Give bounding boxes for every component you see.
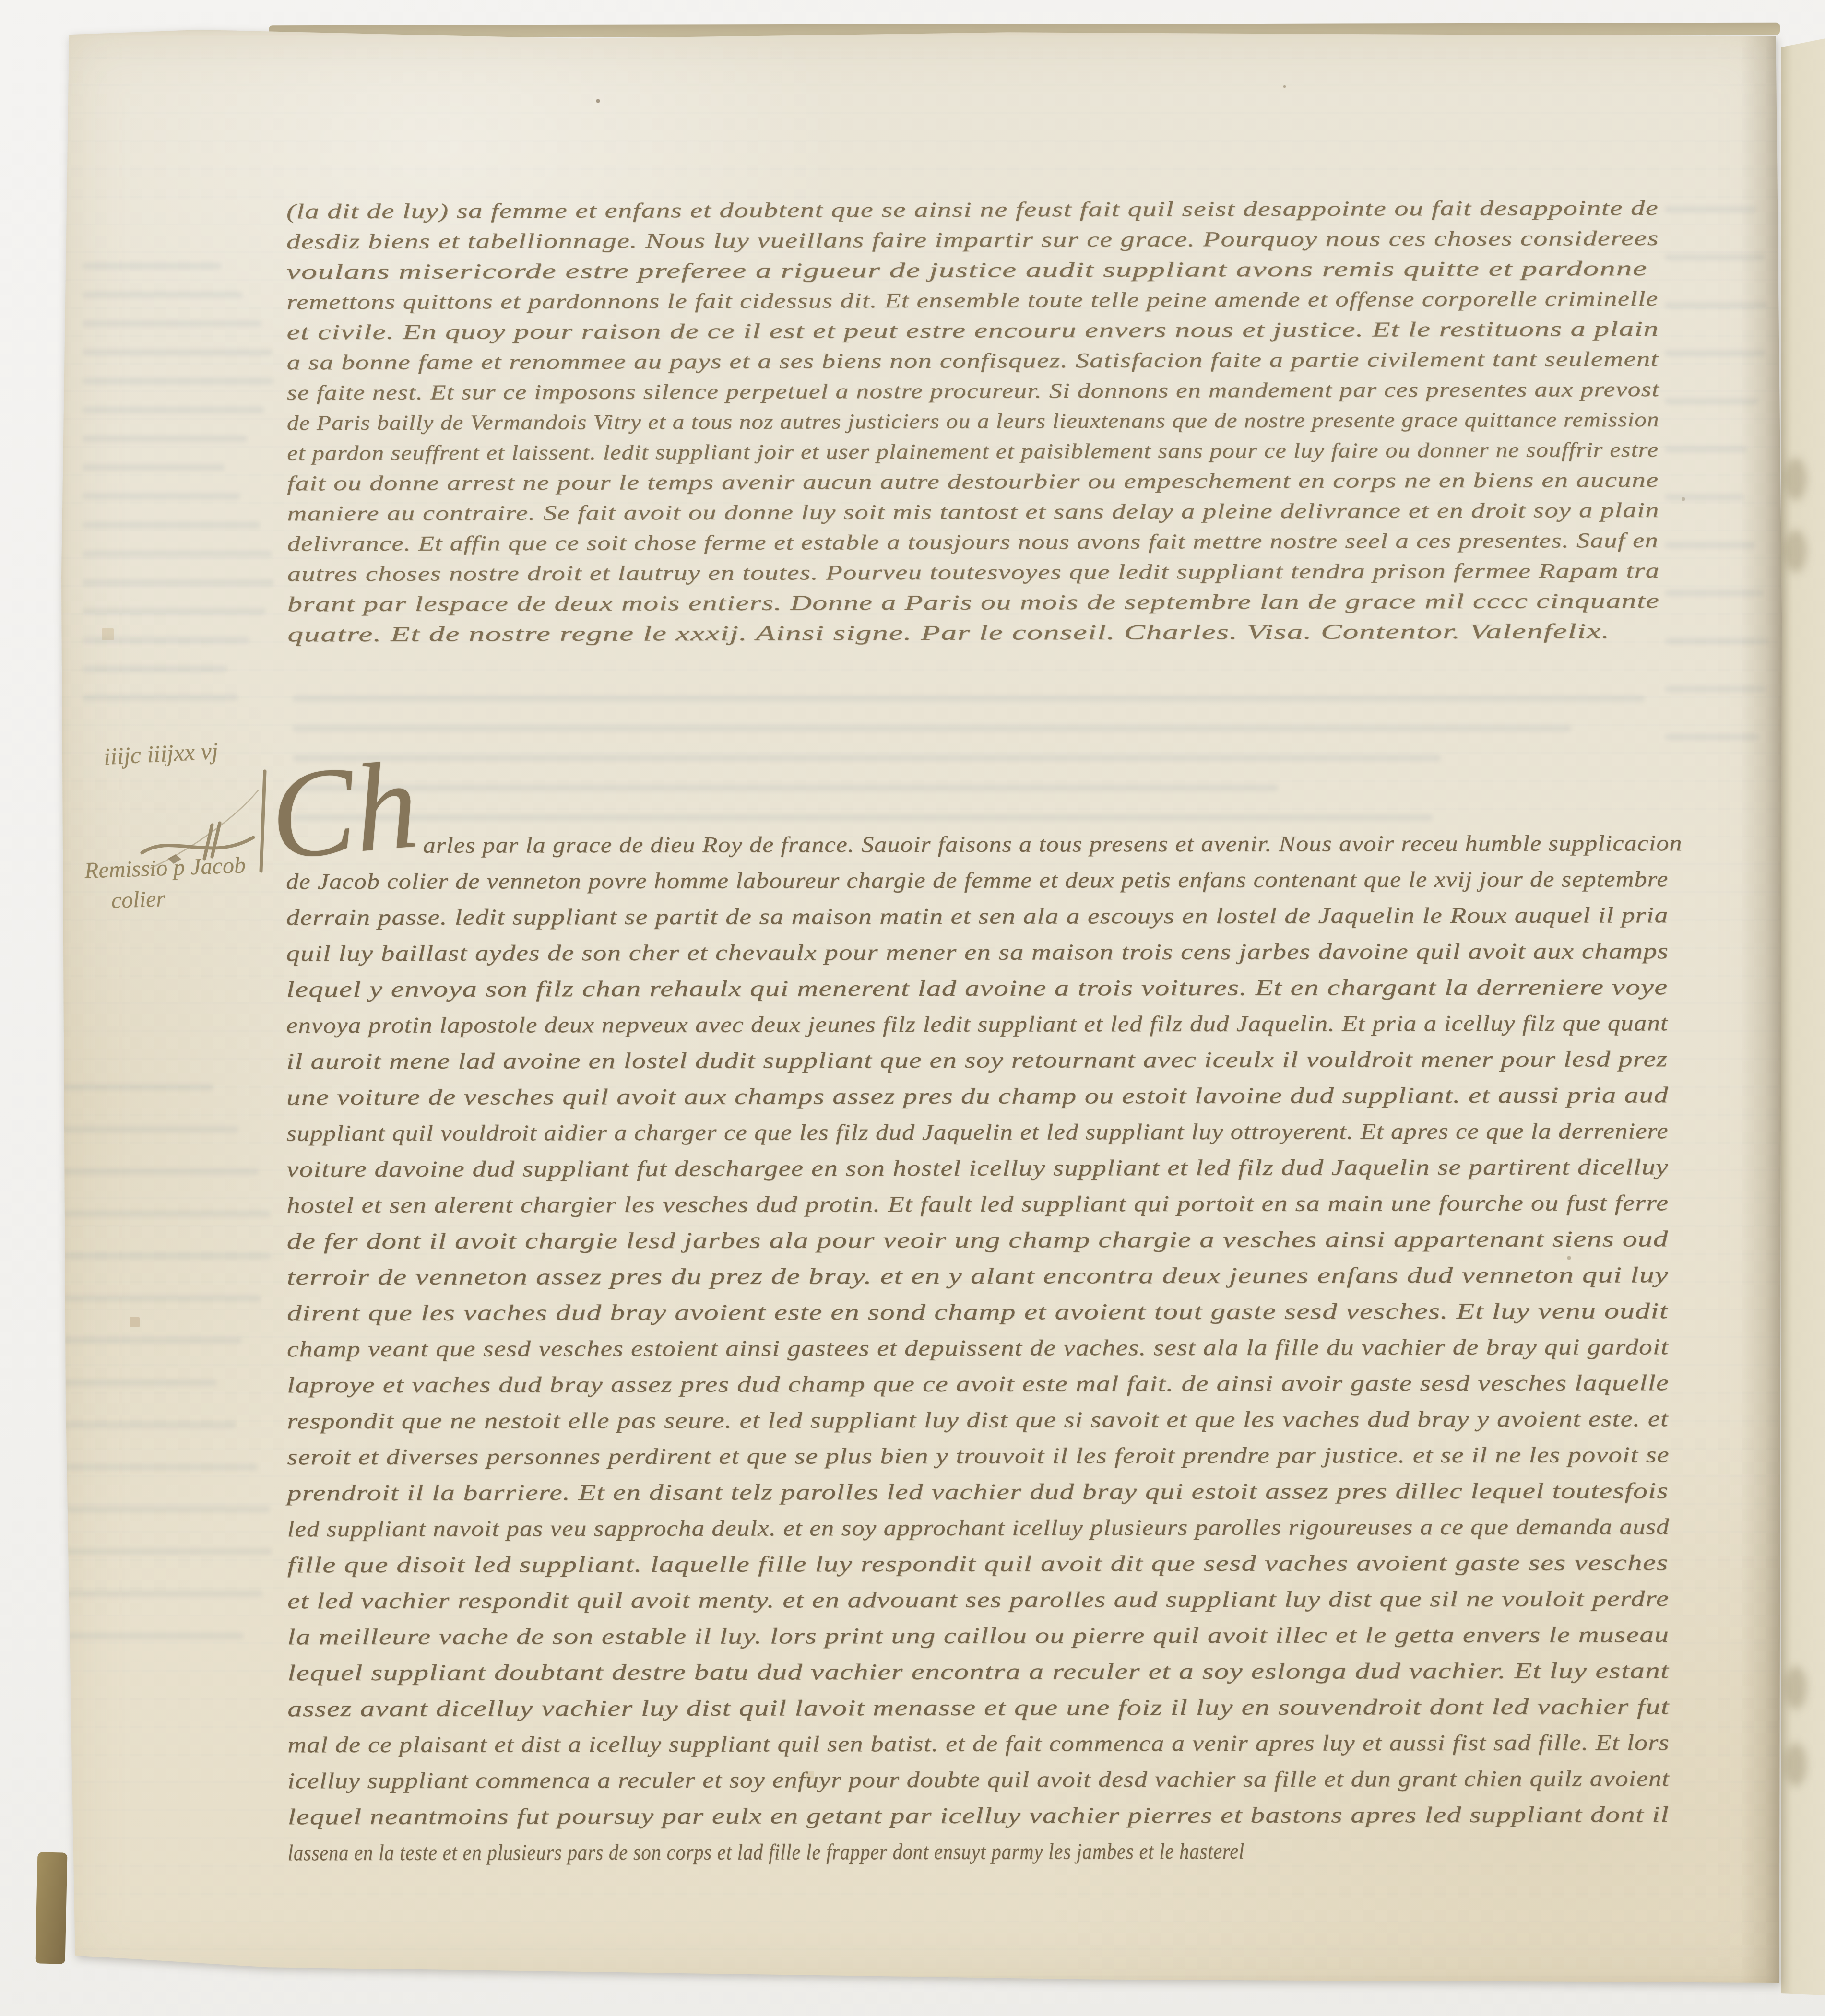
show-through-line bbox=[83, 263, 222, 269]
show-through-line bbox=[61, 1548, 272, 1555]
manuscript-line: se faite nest. Et sur ce imposons silenc… bbox=[287, 374, 1659, 408]
manuscript-line: arles par la grace de dieu Roy de france… bbox=[286, 825, 1683, 864]
manuscript-line: voulans misericorde estre preferee a rig… bbox=[286, 253, 1647, 287]
show-through-line bbox=[1665, 638, 1768, 644]
manuscript-line: laproye et vaches dud bray assez pres du… bbox=[287, 1365, 1669, 1403]
show-through-line bbox=[83, 608, 266, 614]
show-through-line bbox=[61, 1168, 259, 1175]
remissio-note-line2: colier bbox=[111, 885, 166, 914]
manuscript-line: brant par lespace de deux mois entiers. … bbox=[287, 586, 1660, 619]
show-through-line bbox=[1665, 398, 1758, 404]
show-through-line bbox=[61, 1506, 270, 1512]
show-through-line bbox=[83, 436, 247, 442]
manuscript-line: (la dit de luy) sa femme et enfans et do… bbox=[286, 193, 1659, 226]
manuscript-line: lassena en la teste et en plusieurs pars… bbox=[288, 1834, 1244, 1871]
manuscript-line: maniere au contraire. Se fait avoit ou d… bbox=[287, 495, 1659, 529]
show-through-line bbox=[293, 696, 1645, 702]
manuscript-line: de fer dont il avoit chargie lesd jarbes… bbox=[287, 1221, 1669, 1260]
manuscript-line: la meilleure vache de son estable il luy… bbox=[287, 1617, 1669, 1655]
show-through-line bbox=[83, 637, 249, 643]
show-through-line bbox=[61, 1295, 261, 1301]
manuscript-line: autres choses nostre droit et lautruy en… bbox=[287, 555, 1660, 589]
show-through-line bbox=[83, 320, 261, 327]
show-through-line bbox=[1665, 302, 1768, 308]
show-through-line bbox=[293, 785, 1278, 791]
show-through-line bbox=[61, 1591, 262, 1597]
stain bbox=[61, 29, 62, 29]
manuscript-line: voiture davoine dud suppliant fut descha… bbox=[286, 1149, 1669, 1188]
manuscript-line: led suppliant navoit pas veu sapprocha d… bbox=[287, 1509, 1670, 1547]
show-through-line bbox=[83, 551, 272, 557]
manuscript-line: une voiture de vesches quil avoit aux ch… bbox=[286, 1077, 1669, 1116]
show-through-line bbox=[61, 1337, 241, 1344]
show-through-line bbox=[1665, 254, 1765, 260]
page-shadow: (la dit de luy) sa femme et enfans et do… bbox=[0, 0, 1825, 2016]
manuscript-line: delivrance. Et affin que ce soit chose f… bbox=[287, 525, 1659, 559]
manuscript-line: et pardon seuffrent et laissent. ledit s… bbox=[287, 435, 1659, 468]
show-through-line bbox=[61, 1126, 238, 1132]
manuscript-line: et led vachier respondit quil avoit ment… bbox=[287, 1581, 1669, 1619]
manuscript-line: envoya protin lapostole deux nepveux ave… bbox=[286, 1005, 1668, 1044]
show-through-line bbox=[1665, 350, 1766, 356]
show-through-line bbox=[83, 407, 264, 413]
show-through-line bbox=[83, 378, 273, 384]
manuscript-line: mal de ce plaisant et dist a icelluy sup… bbox=[287, 1725, 1669, 1763]
manuscript-line: assez avant dicelluy vachier luy dist qu… bbox=[287, 1689, 1670, 1727]
show-through-line bbox=[1665, 734, 1759, 740]
show-through-line bbox=[83, 666, 227, 672]
manuscript-line: dirent que les vaches dud bray avoient e… bbox=[287, 1293, 1668, 1332]
manuscript-line: lequel y envoya son filz chan rehaulx qu… bbox=[286, 969, 1668, 1008]
manuscript-line: il auroit mene lad avoine en lostel dudi… bbox=[286, 1041, 1668, 1080]
show-through-line bbox=[61, 1464, 257, 1470]
show-through-line bbox=[83, 292, 243, 298]
show-through-line bbox=[293, 814, 1433, 821]
manuscript-line: lequel suppliant doubtant destre batu du… bbox=[287, 1653, 1669, 1691]
manuscript-line: respondit que ne nestoit elle pas seure.… bbox=[287, 1401, 1669, 1439]
manuscript-scan: (la dit de luy) sa femme et enfans et do… bbox=[0, 0, 1825, 2016]
manuscript-line: suppliant quil vouldroit aidier a charge… bbox=[286, 1113, 1669, 1152]
manuscript-line: terroir de venneton assez pres du prez d… bbox=[287, 1257, 1669, 1296]
show-through-line bbox=[61, 1084, 213, 1090]
manuscript-line: desdiz biens et tabellionnage. Nous luy … bbox=[286, 223, 1659, 257]
show-through-line bbox=[83, 579, 274, 586]
manuscript-line: champ veant que sesd vesches estoient ai… bbox=[287, 1329, 1669, 1368]
show-through-line bbox=[61, 1422, 236, 1428]
manuscript-line: prendroit il la barriere. Et en disant t… bbox=[287, 1473, 1668, 1511]
manuscript-line: fille que disoit led suppliant. laquelle… bbox=[287, 1545, 1669, 1583]
manuscript-line: quil luy baillast aydes de son cher et c… bbox=[286, 933, 1669, 972]
manuscript-line: et civile. En quoy pour raison de ce il … bbox=[286, 314, 1659, 347]
show-through-line bbox=[1665, 446, 1747, 452]
manuscript-line: lequel neantmoins fut poursuy par eulx e… bbox=[288, 1797, 1670, 1835]
show-through-line bbox=[1665, 494, 1744, 500]
show-through-line bbox=[1665, 542, 1755, 548]
show-through-line bbox=[293, 725, 1571, 731]
letter1-block: (la dit de luy) sa femme et enfans et do… bbox=[286, 193, 1515, 650]
show-through-line bbox=[83, 522, 260, 528]
manuscript-page: (la dit de luy) sa femme et enfans et do… bbox=[61, 29, 1782, 1985]
show-through-line bbox=[83, 464, 225, 471]
show-through-line bbox=[61, 1379, 216, 1386]
show-through-line bbox=[61, 1211, 271, 1217]
manuscript-line: derrain passe. ledit suppliant se partit… bbox=[286, 897, 1668, 936]
manuscript-line: a sa bonne fame et renommee au pays et a… bbox=[287, 344, 1659, 377]
manuscript-line: remettons quittons et pardonnons le fait… bbox=[286, 283, 1658, 317]
show-through-line bbox=[61, 1253, 272, 1259]
show-through-line bbox=[61, 1633, 244, 1639]
manuscript-line: hostel et sen alerent chargier les vesch… bbox=[286, 1185, 1669, 1224]
manuscript-line: fait ou donne arrest ne pour le temps av… bbox=[287, 465, 1659, 498]
show-through-line bbox=[83, 493, 240, 499]
manuscript-line: de Jacob colier de venneton povre homme … bbox=[286, 861, 1668, 900]
manuscript-line: icelluy suppliant commenca a reculer et … bbox=[288, 1761, 1670, 1799]
manuscript-line: de Paris bailly de Vermandois Vitry et a… bbox=[287, 404, 1659, 438]
show-through-line bbox=[1665, 590, 1764, 596]
show-through-line bbox=[83, 349, 273, 355]
show-through-line bbox=[1665, 206, 1756, 212]
manuscript-line: seroit et diverses personnes perdirent e… bbox=[287, 1437, 1670, 1475]
letter2-block: arles par la grace de dieu Roy de france… bbox=[286, 826, 1549, 1872]
show-through-line bbox=[83, 695, 238, 701]
remissio-note-line1: Remissio p Jacob bbox=[84, 852, 246, 884]
show-through-line bbox=[293, 755, 1441, 761]
manuscript-line: quatre. Et de nostre regne le xxxij. Ain… bbox=[287, 616, 1610, 649]
show-through-line bbox=[1665, 686, 1766, 692]
